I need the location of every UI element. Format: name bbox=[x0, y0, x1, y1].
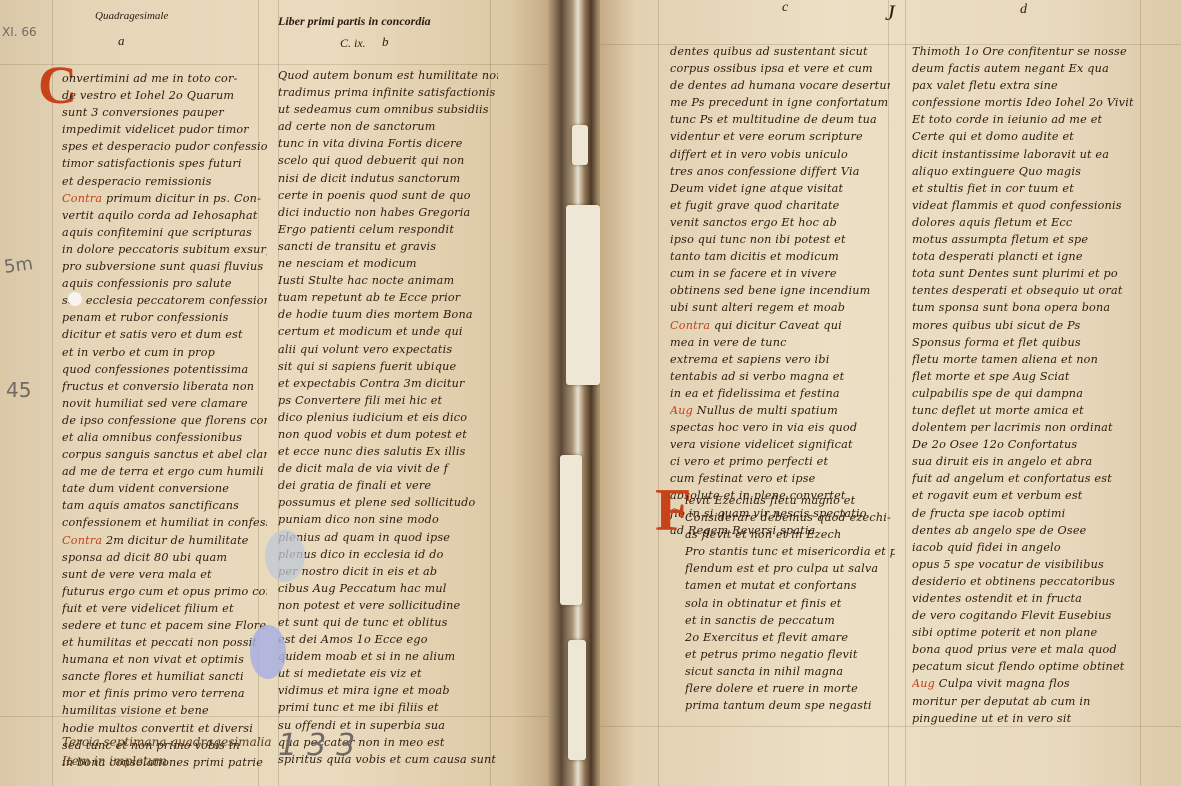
text-line: tunc deflet ut morte amica et bbox=[912, 402, 1152, 419]
text-line: est dei Amos 1o Ecce ego bbox=[278, 631, 498, 648]
text-column-c-section-2: levit Ezechias fletu magno etConsiderare… bbox=[685, 492, 895, 714]
text-line: mea in vere de tunc bbox=[670, 334, 890, 351]
spine-paper-fragment bbox=[560, 455, 582, 605]
text-line: dolores aquis fletum et Ecc bbox=[912, 214, 1152, 231]
chapter-marker: C. ix. bbox=[340, 36, 366, 51]
hole bbox=[68, 292, 82, 306]
text-line: extrema et sapiens vero ibi bbox=[670, 351, 890, 368]
ruling-line bbox=[0, 64, 555, 65]
text-line: de fructa spe iacob optimi bbox=[912, 505, 1152, 522]
text-line: dici inductio non habes Gregoria bbox=[278, 204, 498, 221]
binding-spine bbox=[548, 0, 608, 786]
text-line: humana et non vivat et optimis bbox=[62, 651, 267, 668]
text-line: tum sponsa sunt bona opera bona bbox=[912, 299, 1152, 316]
text-line: pax valet fletu extra sine bbox=[912, 77, 1152, 94]
text-line: motus assumpta fletum et spe bbox=[912, 231, 1152, 248]
text-line: tate dum vident conversione bbox=[62, 480, 267, 497]
text-line: onvertimini ad me in toto cor- bbox=[62, 70, 267, 87]
text-line: cum in se facere et in vivere bbox=[670, 265, 890, 282]
text-line: cum festinat vero et ipse bbox=[670, 470, 890, 487]
text-line: mor et finis primo vero terrena bbox=[62, 685, 267, 702]
text-line: fuit et vere videlicet filium et bbox=[62, 600, 267, 617]
text-line: dentes quibus ad sustentant sicut bbox=[670, 43, 890, 60]
text-line: tuam repetunt ab te Ecce prior bbox=[278, 289, 498, 306]
text-line: novit humiliat sed vere clamare bbox=[62, 395, 267, 412]
text-line: dentes ab angelo spe de Osee bbox=[912, 522, 1152, 539]
text-column-d: Thimoth 1o Ore confitentur se nossedeum … bbox=[912, 43, 1152, 727]
text-line: tunc Ps et multitudine de deum tua bbox=[670, 111, 890, 128]
text-line: et alia omnibus confessionibus bbox=[62, 429, 267, 446]
text-line: plenius ad quam in quod ipse bbox=[278, 529, 498, 546]
text-column-a: onvertimini ad me in toto cor-de vestro … bbox=[62, 70, 267, 771]
text-line: ps Convertere fili mei hic et bbox=[278, 392, 498, 409]
text-line: Iusti Stulte hac nocte animam bbox=[278, 272, 498, 289]
text-line: dicit instantissime laboravit ut ea bbox=[912, 146, 1152, 163]
text-line: humilitas visione et bene bbox=[62, 702, 267, 719]
text-line: ubi sunt alteri regem et moab bbox=[670, 299, 890, 316]
stain bbox=[250, 625, 286, 679]
text-line: fuit ad angelum et confortatus est bbox=[912, 470, 1152, 487]
text-line: in ea et fidelissima et festina bbox=[670, 385, 890, 402]
text-line: sancte flores et humiliat sancti bbox=[62, 668, 267, 685]
text-line: pecatum sicut flendo optime obtinet bbox=[912, 658, 1152, 675]
text-line: as flevit et non et in Ezech bbox=[685, 526, 895, 543]
text-line: bona quod prius vere et mala quod bbox=[912, 641, 1152, 658]
pencil-margin-mark: 45 bbox=[6, 378, 31, 402]
ruling-line bbox=[658, 0, 659, 786]
text-line: videntes ostendit et in fructa bbox=[912, 590, 1152, 607]
text-line: venit sanctos ergo Et hoc ab bbox=[670, 214, 890, 231]
text-line: aquis confitemini que scripturas bbox=[62, 224, 267, 241]
text-column-c: dentes quibus ad sustentant sicutcorpus … bbox=[670, 43, 890, 539]
text-line: de dicit mala de via vivit de f bbox=[278, 460, 498, 477]
text-line: Certe qui et domo audite et bbox=[912, 128, 1152, 145]
pencil-margin-mark: 5m bbox=[3, 253, 35, 278]
text-line: dicitur et satis vero et dum est bbox=[62, 326, 267, 343]
text-line: Aug Culpa vivit magna flos bbox=[912, 675, 1152, 692]
text-line: confessione mortis Ideo Iohel 2o Vivit bbox=[912, 94, 1152, 111]
text-line: sit qui si sapiens fuerit ubique bbox=[278, 358, 498, 375]
text-line: tam aquis amatos sanctificans bbox=[62, 497, 267, 514]
text-line: et sunt qui de tunc et oblitus bbox=[278, 614, 498, 631]
text-line: plenus dico in ecclesia id do bbox=[278, 546, 498, 563]
text-line: aquis confessionis pro salute bbox=[62, 275, 267, 292]
text-line: flere dolere et ruere in morte bbox=[685, 680, 895, 697]
text-column-b: Quod autem bonum est humilitate nontradi… bbox=[278, 67, 498, 768]
text-line: quidem moab et si in ne alium bbox=[278, 648, 498, 665]
text-line: alii qui volunt vero expectatis bbox=[278, 341, 498, 358]
text-line: quod confessiones potentissima bbox=[62, 361, 267, 378]
text-line: ipso qui tunc non ibi potest et bbox=[670, 231, 890, 248]
text-line: tentabis ad si verbo magna et bbox=[670, 368, 890, 385]
footer-note: Tercia septimana quadragesimalia bbox=[62, 735, 272, 749]
text-line: iacob quid fidei in angelo bbox=[912, 539, 1152, 556]
text-line: opus 5 spe vocatur de visibilibus bbox=[912, 556, 1152, 573]
text-line: sicut sancta in nihil magna bbox=[685, 663, 895, 680]
text-line: certe in poenis quod sunt de quo bbox=[278, 187, 498, 204]
text-line: ut si medietate eis viz et bbox=[278, 665, 498, 682]
text-line: flet morte et spe Aug Sciat bbox=[912, 368, 1152, 385]
text-line: me Ps precedunt in igne confortatum bbox=[670, 94, 890, 111]
text-line: et petrus primo negatio flevit bbox=[685, 646, 895, 663]
pencil-shelfmark: XI. 66 bbox=[2, 25, 37, 39]
text-line: confessionem et humiliat in confessione bbox=[62, 514, 267, 531]
text-line: Contra qui dicitur Caveat qui bbox=[670, 317, 890, 334]
text-line: scelo qui quod debuerit qui non bbox=[278, 152, 498, 169]
text-line: Ergo patienti celum respondit bbox=[278, 221, 498, 238]
spine-paper-fragment bbox=[568, 640, 586, 760]
text-line: de hodie tuum dies mortem Bona bbox=[278, 306, 498, 323]
text-line: tamen et mutat et confortans bbox=[685, 577, 895, 594]
text-line: vera visione videlicet significat bbox=[670, 436, 890, 453]
text-line: cibus Aug Peccatum hac mul bbox=[278, 580, 498, 597]
text-line: puniam dico non sine modo bbox=[278, 511, 498, 528]
text-line: et in sanctis de peccatum bbox=[685, 612, 895, 629]
text-line: nisi de dicit indutus sanctorum bbox=[278, 170, 498, 187]
text-line: tota desperati plancti et igne bbox=[912, 248, 1152, 265]
text-line: sola in obtinatur et finis et bbox=[685, 595, 895, 612]
text-line: levit Ezechias fletu magno et bbox=[685, 492, 895, 509]
text-line: ne nesciam et modicum bbox=[278, 255, 498, 272]
text-line: sponsa ad dicit 80 ubi quam bbox=[62, 549, 267, 566]
text-line: tanto tam dicitis et modicum bbox=[670, 248, 890, 265]
spine-paper-fragment bbox=[572, 125, 588, 165]
text-line: et humilitas et peccati non possit bbox=[62, 634, 267, 651]
text-line: differt et in vero vobis uniculo bbox=[670, 146, 890, 163]
text-line: dico plenius iudicium et eis dico bbox=[278, 409, 498, 426]
text-line: desiderio et obtinens peccatoribus bbox=[912, 573, 1152, 590]
text-line: impedimit videlicet pudor timor bbox=[62, 121, 267, 138]
text-line: tentes desperati et obsequio ut orat bbox=[912, 282, 1152, 299]
text-line: ad me de terra et ergo cum humili bbox=[62, 463, 267, 480]
text-line: pro subversione sunt quasi fluvius bbox=[62, 258, 267, 275]
text-line: prima tantum deum spe negasti bbox=[685, 697, 895, 714]
text-line: aliquo extinguere Quo magis bbox=[912, 163, 1152, 180]
spine-paper-fragment bbox=[566, 205, 600, 385]
text-line: videntur et vere eorum scripture bbox=[670, 128, 890, 145]
text-line: Considerare debemus quod ezechi- bbox=[685, 509, 895, 526]
text-line: sunt de vere vera mala et bbox=[62, 566, 267, 583]
text-line: possumus et plene sed sollicitudo bbox=[278, 494, 498, 511]
column-letter-b: b bbox=[382, 34, 389, 50]
text-line: 2o Exercitus et flevit amare bbox=[685, 629, 895, 646]
text-line: culpabilis spe de qui dampna bbox=[912, 385, 1152, 402]
text-line: tres anos confessione differt Via bbox=[670, 163, 890, 180]
text-line: sua diruit eis in angelo et abra bbox=[912, 453, 1152, 470]
text-line: timor satisfactionis spes futuri bbox=[62, 155, 267, 172]
text-line: sed ecclesia peccatorem confessionis bbox=[62, 292, 267, 309]
right-page: c J d dentes quibus ad sustentant sicutc… bbox=[600, 0, 1181, 786]
text-line: mores quibus ubi sicut de Ps bbox=[912, 317, 1152, 334]
text-line: tradimus prima infinite satisfactionis bbox=[278, 84, 498, 101]
text-line: videat flammis et quod confessionis bbox=[912, 197, 1152, 214]
text-line: spes et desperacio pudor confessionis bbox=[62, 138, 267, 155]
text-line: Aug Nullus de multi spatium bbox=[670, 402, 890, 419]
stain bbox=[265, 530, 305, 582]
text-line: De 2o Osee 12o Confortatus bbox=[912, 436, 1152, 453]
text-line: sancti de transitu et gravis bbox=[278, 238, 498, 255]
text-line: vidimus et mira igne et moab bbox=[278, 682, 498, 699]
left-page: XI. 66 5m 45 Quadragesimale a Liber prim… bbox=[0, 0, 555, 786]
text-line: Contra 2m dicitur de humilitate bbox=[62, 532, 267, 549]
text-line: dolentem per lacrimis non ordinat bbox=[912, 419, 1152, 436]
text-line: non quod vobis et dum potest et bbox=[278, 426, 498, 443]
text-line: de vestro et Iohel 2o Quarum bbox=[62, 87, 267, 104]
pencil-folio-number: 133 bbox=[278, 728, 365, 763]
text-line: de dentes ad humana vocare desertum bbox=[670, 77, 890, 94]
text-line: et desperacio remissionis bbox=[62, 173, 267, 190]
text-line: et expectabis Contra 3m dicitur bbox=[278, 375, 498, 392]
running-head-left: Quadragesimale bbox=[95, 10, 168, 22]
column-letter-c: c bbox=[782, 0, 788, 16]
text-line: obtinens sed bene igne incendium bbox=[670, 282, 890, 299]
text-line: corpus sanguis sanctus et abel clamat bbox=[62, 446, 267, 463]
text-line: fletu morte tamen aliena et non bbox=[912, 351, 1152, 368]
text-line: tota sunt Dentes sunt plurimi et po bbox=[912, 265, 1152, 282]
footer-note: Item in impletum bbox=[62, 754, 167, 768]
text-line: Contra primum dicitur in ps. Con- bbox=[62, 190, 267, 207]
text-line: et rogavit eum et verbum est bbox=[912, 487, 1152, 504]
text-line: spectas hoc vero in via eis quod bbox=[670, 419, 890, 436]
ruling-line bbox=[905, 0, 906, 786]
text-line: penam et rubor confessionis bbox=[62, 309, 267, 326]
text-line: moritur per deputat ab cum in bbox=[912, 693, 1152, 710]
text-line: non potest et vere sollicitudine bbox=[278, 597, 498, 614]
text-line: et ecce nunc dies salutis Ex illis bbox=[278, 443, 498, 460]
text-line: flendum est et pro culpa ut salva bbox=[685, 560, 895, 577]
text-line: et stultis fiet in cor tuum et bbox=[912, 180, 1152, 197]
text-line: dei gratia de finali et vere bbox=[278, 477, 498, 494]
running-head-mark: J bbox=[885, 0, 895, 26]
ruling-line bbox=[52, 0, 53, 786]
text-line: deum factis autem negant Ex qua bbox=[912, 60, 1152, 77]
text-line: Pro stantis tunc et misericordia et pie bbox=[685, 543, 895, 560]
column-letter-a: a bbox=[118, 33, 125, 49]
text-line: sunt 3 conversiones pauper bbox=[62, 104, 267, 121]
text-line: tunc in vita divina Fortis dicere bbox=[278, 135, 498, 152]
running-head-center: Liber primi partis in concordia bbox=[278, 14, 431, 29]
text-line: Deum videt igne atque visitat bbox=[670, 180, 890, 197]
text-line: ut sedeamus cum omnibus subsidiis bbox=[278, 101, 498, 118]
text-line: ci vero et primo perfecti et bbox=[670, 453, 890, 470]
text-line: Thimoth 1o Ore confitentur se nosse bbox=[912, 43, 1152, 60]
text-line: futurus ergo cum et opus primo corpus bbox=[62, 583, 267, 600]
text-line: primi tunc et me ibi filiis et bbox=[278, 699, 498, 716]
text-line: pinguedine ut et in vero sit bbox=[912, 710, 1152, 727]
text-line: per nostro dicit in eis et ab bbox=[278, 563, 498, 580]
text-line: Et toto corde in ieiunio ad me et bbox=[912, 111, 1152, 128]
text-line: sibi optime poterit et non plane bbox=[912, 624, 1152, 641]
text-line: certum et modicum et unde qui bbox=[278, 323, 498, 340]
manuscript-spread: XI. 66 5m 45 Quadragesimale a Liber prim… bbox=[0, 0, 1181, 786]
text-line: Sponsus forma et flet quibus bbox=[912, 334, 1152, 351]
text-line: de ipso confessione que florens corpus bbox=[62, 412, 267, 429]
text-line: fructus et conversio liberata non bbox=[62, 378, 267, 395]
text-line: vertit aquilo corda ad Iehosaphat bbox=[62, 207, 267, 224]
text-line: corpus ossibus ipsa et vere et cum bbox=[670, 60, 890, 77]
text-line: et in verbo et cum in prop bbox=[62, 344, 267, 361]
text-line: et fugit grave quod charitate bbox=[670, 197, 890, 214]
text-line: in dolore peccatoris subitum exsurg bbox=[62, 241, 267, 258]
text-line: sedere et tunc et pacem sine Flores bbox=[62, 617, 267, 634]
column-letter-d: d bbox=[1020, 2, 1027, 18]
text-line: ad certe non de sanctorum bbox=[278, 118, 498, 135]
text-line: de vero cogitando Flevit Eusebius bbox=[912, 607, 1152, 624]
text-line: Quod autem bonum est humilitate non bbox=[278, 67, 498, 84]
